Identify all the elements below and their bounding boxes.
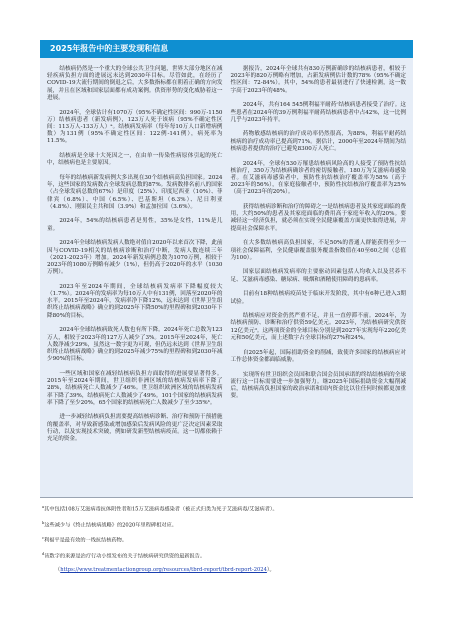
paragraph: 2024年全球结核病发病人数绝对值自2020年以来首次下降，此前因与COVID-… [47,240,223,276]
footnote-d: d该数字的来源是治疗行动小组发布的关于结核病研究供资的最新报告。 [42,551,412,561]
paragraph: 每年的结核病新发病例大多出现在30个结核病高负担国家。2024年，这些国家的发病… [47,175,223,211]
paragraph: 结核病是全球十大死因之一，在由单一传染性病原体引起的死亡中，结核病也是主要原因。 [47,153,223,167]
paragraph: 进一步减轻结核病负担需要提高结核病诊断、治疗和预防干预措施的覆盖率，对导致新感染… [47,414,223,443]
footnote-b: b这些减少与《终止结核病战略》的2020年里程碑相对应。 [42,520,412,530]
paragraph: 获得结核病诊断和治疗的障碍之一是结核病患者及其家庭面临的费用，大约50%的患者及… [231,204,407,233]
paragraph: 在大多数结核病高负担国家，不足50%的普通人群能获得至少一项社会保障福利，全民健… [231,240,407,262]
key-findings-box: 2025年报告中的主要发现和信息 结核病仍然是一个重大的全球公共卫生问题，世界大… [40,40,413,498]
paragraph: 据报告，2024年全球共有830万例新确诊的结核病患者，相较于2023年的820… [231,66,407,95]
paragraph: 2023年至2024年期间，全球结核病发病率下降幅度较大（1.7%）。2024年… [47,284,223,320]
paragraph: 结核病应对资金仍然严重不足，并且一直停滞不前。2024年，为结核病预防、诊断和治… [231,313,407,342]
tag-report-link[interactable]: https://www.treatmentactiongroup.org/res… [60,567,267,573]
paragraph: 2024年，全球估计有1070万（95%不确定性区间：990万-1150万）结核… [47,110,223,146]
paragraph: 药物敏感结核病的治疗成功率仍然很高，为88%，利福平耐药结核病的治疗成功率已提高… [231,131,407,153]
footnote-c: c利福平是最有效的一线抗结核药物。 [42,535,412,545]
footnote-text: 这些减少与《终止结核病战略》的2020年里程碑相对应。 [44,522,177,528]
footnote-text: 利福平是最有效的一线抗结核药物。 [44,538,127,544]
paren-close: ）。 [267,567,275,573]
paragraph: 一些区域和国家在减轻结核病负担方面取得的进展要显著得多。2015年至2024年期… [47,371,223,407]
paragraph: 目前有18种结核病疫苗处于临床开发阶段，其中有6种已进入3期试验。 [231,291,407,305]
footnotes: a其中包括108万艾滋病毒抗体阴性者和15万艾滋病毒感染者（被正式归类为死于艾滋… [42,504,412,580]
two-column-body: 结核病仍然是一个重大的全球公共卫生问题，世界大部分地区在减轻疾病负担方面的进展远… [40,58,413,451]
footnote-a: a其中包括108万艾滋病毒抗体阴性者和15万艾滋病毒感染者（被正式归类为死于艾滋… [42,504,412,514]
paragraph: 2024年全球结核病致死人数也有所下降。2024年死亡总数为123万人，相较于2… [47,327,223,363]
box-title: 2025年报告中的主要发现和信息 [40,40,413,58]
paragraph: 2024年，全球有530万罹患结核病风险高的人接受了预防性抗结核治疗，350万为… [231,161,407,197]
left-column: 结核病仍然是一个重大的全球公共卫生问题，世界大部分地区在减轻疾病负担方面的进展远… [47,66,223,451]
paragraph: 2024年，共有164 545例利福平耐药ᶜ结核病患者接受了治疗。这些患者在20… [231,102,407,124]
paragraph: 结核病仍然是一个重大的全球公共卫生问题，世界大部分地区在减轻疾病负担方面的进展远… [47,66,223,102]
paragraph: 自2025年起，国际捐助资金的削减，致使许多国家的结核病应对工作总体资金都面临威… [231,350,407,364]
paragraph: 实现所有世卫组织会员国和联合国会员国承诺的终结结核病的全球流行这一目标需要进一步… [231,372,407,401]
right-column: 据报告，2024年全球共有830万例新确诊的结核病患者，相较于2023年的820… [231,66,407,451]
paragraph: 国家层面结核病发病率的主要驱动因素包括人均收入以及营养不足、艾滋病毒感染、糖尿病… [231,269,407,283]
footnote-url-line: （https://www.treatmentactiongroup.org/re… [42,567,412,574]
footnote-text: 其中包括108万艾滋病毒抗体阴性者和15万艾滋病毒感染者（被正式归类为死于艾滋病… [44,507,278,513]
footnote-text: 该数字的来源是治疗行动小组发布的关于结核病研究供资的最新报告。 [44,554,205,560]
paragraph: 2024年，54%的结核病患者是男性，35%是女性，11%是儿童。 [47,218,223,232]
